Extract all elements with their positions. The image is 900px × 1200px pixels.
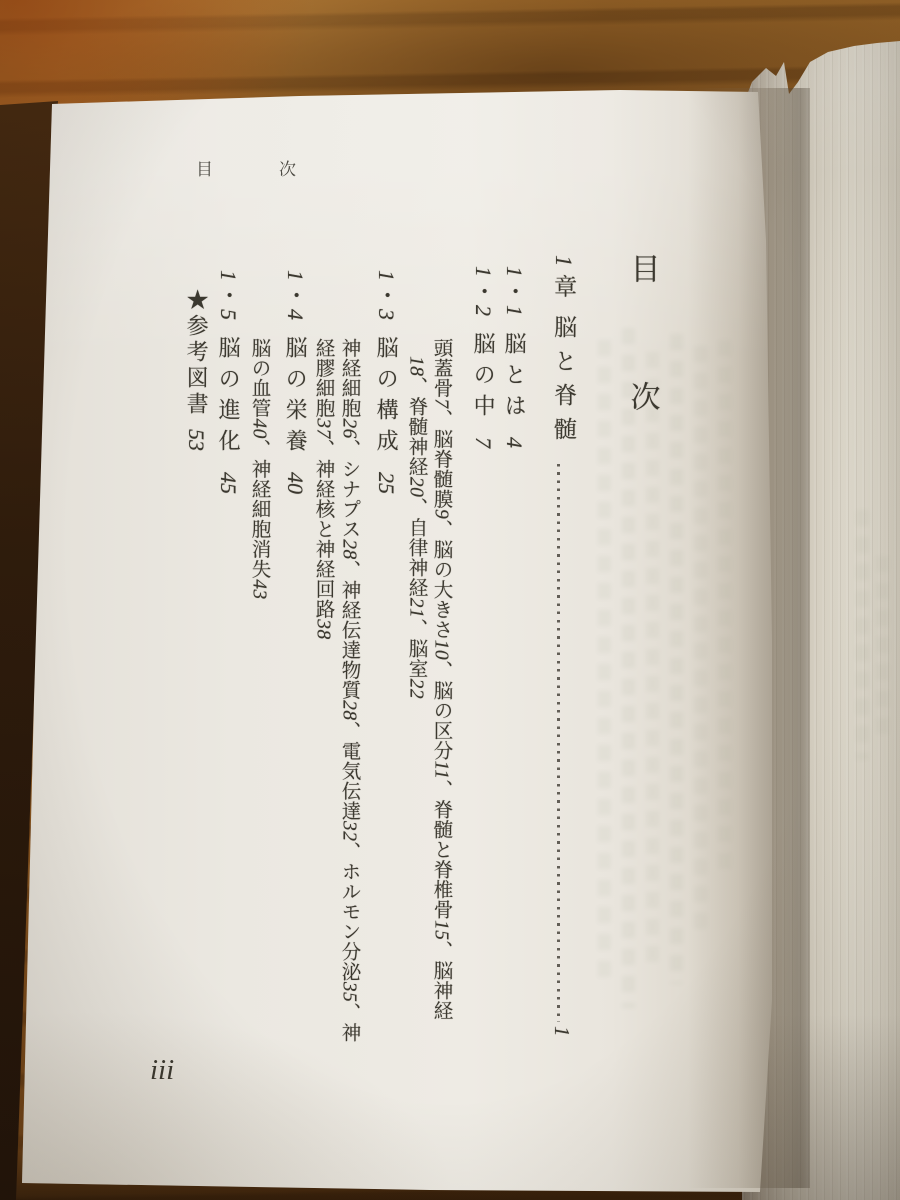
toc-entry-1-3: 1・3脳の構成25 bbox=[375, 270, 398, 494]
reference-label: ★参考図書 bbox=[184, 288, 209, 418]
entry-page-number: 7 bbox=[471, 437, 496, 448]
entry-label: 1・1 bbox=[502, 266, 527, 319]
running-header: 目次 bbox=[196, 155, 362, 180]
entry-page-number: 4 bbox=[502, 437, 527, 448]
entry-title: 脳の構成 bbox=[374, 336, 399, 460]
dot-leader bbox=[557, 464, 560, 1022]
entry-label: 1・3 bbox=[374, 270, 399, 323]
toc-subentries-1-4-col1: 脳の血管 40、神経細胞消失 43 bbox=[248, 338, 268, 600]
entry-page-number: 45 bbox=[216, 472, 241, 494]
toc-subentries-1-2-col2: 18、脊髄神経 20、自律神経 21、脳室 22 bbox=[405, 356, 425, 699]
show-through-text bbox=[876, 556, 889, 736]
entry-label: 1・5 bbox=[216, 270, 241, 323]
entry-page-number: 25 bbox=[374, 472, 399, 494]
show-through-text bbox=[718, 340, 731, 880]
entry-title: 脳の栄養 bbox=[283, 336, 308, 460]
toc-entry-1-5: 1・5脳の進化45 bbox=[217, 270, 240, 494]
toc-entry-1-4: 1・4脳の栄養40 bbox=[284, 270, 307, 494]
chapter-label: 1章 bbox=[551, 255, 576, 306]
entry-title: 脳の中 bbox=[471, 332, 496, 425]
entry-title: 脳とは bbox=[502, 332, 527, 425]
show-through-text bbox=[598, 340, 611, 980]
toc-entry-1-2: 1・2脳の中7 bbox=[472, 266, 495, 448]
chapter-page-number: 1 bbox=[551, 1026, 573, 1037]
chapter-title: 脳と脊髄 bbox=[551, 315, 576, 451]
toc-subentries-1-3-col2: 経膠細胞 37、神経核と神経回路 38 bbox=[312, 338, 332, 640]
reference-books-entry: ★参考図書53 bbox=[185, 288, 208, 451]
show-through-text bbox=[856, 510, 869, 760]
entry-page-number: 40 bbox=[283, 472, 308, 494]
book-photo: 目次 目次 1章脳と脊髄 1 1・1脳とは4 1・2脳の中7 1・3脳の構成25… bbox=[0, 0, 900, 1200]
toc-entry-1-1: 1・1脳とは4 bbox=[503, 266, 526, 448]
show-through-text bbox=[670, 334, 683, 984]
entry-title: 脳の進化 bbox=[216, 336, 241, 460]
toc-chapter-entry: 1章脳と脊髄 bbox=[551, 255, 575, 451]
entry-label: 1・4 bbox=[283, 270, 308, 323]
show-through-text bbox=[694, 346, 707, 936]
toc-subentries-1-3-col1: 神経細胞 26、シナプス 28、神経伝達物質 28、電気伝達 32、ホルモン分泌… bbox=[338, 338, 358, 1042]
reference-page-number: 53 bbox=[184, 429, 209, 451]
page-number-folio: iii bbox=[150, 1054, 174, 1087]
toc-subentries-1-2-col1: 頭蓋骨 7、脳脊髄膜 9、脳の大きさ 10、脳の区分 11、脊髄と脊椎骨 15、… bbox=[430, 338, 450, 1020]
entry-label: 1・2 bbox=[471, 266, 496, 319]
toc-title: 目次 bbox=[626, 253, 658, 509]
